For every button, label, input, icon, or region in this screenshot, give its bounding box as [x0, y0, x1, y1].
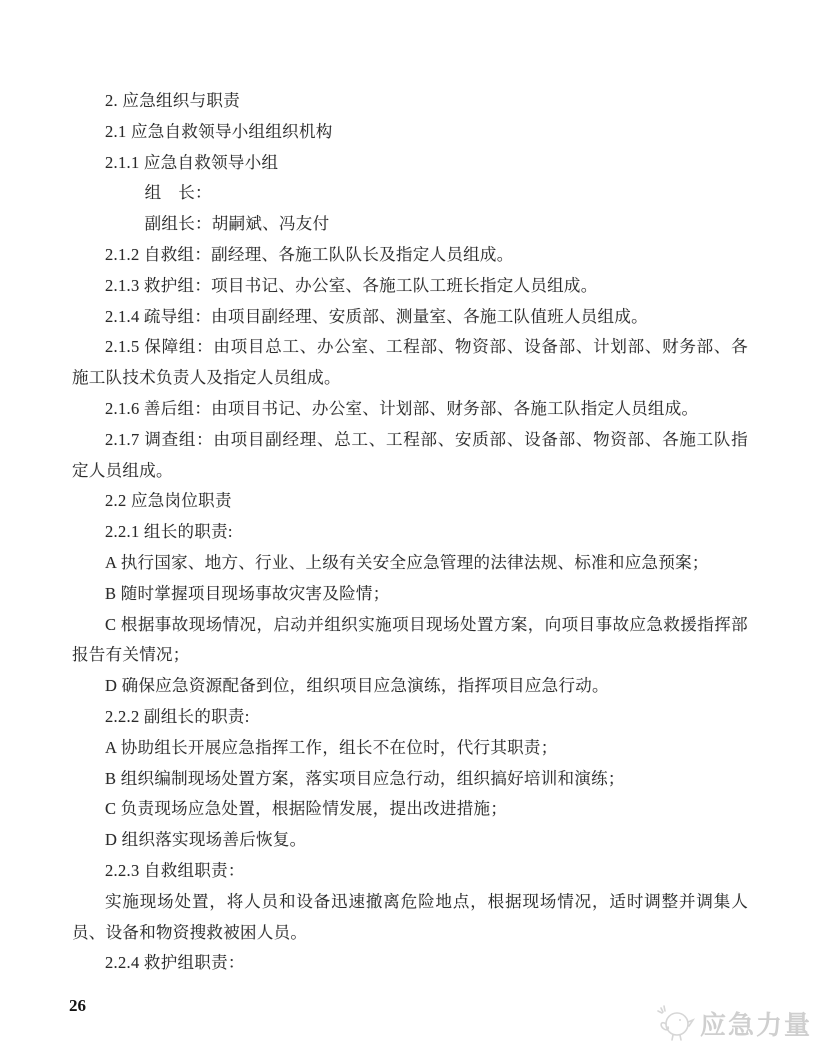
document-paragraph: A 协助组长开展应急指挥工作，组长不在位时，代行其职责； [72, 733, 748, 764]
document-paragraph: 副组长：胡嗣斌、冯友付 [72, 209, 748, 240]
document-paragraph: 2.1.5 保障组：由项目总工、办公室、工程部、物资部、设备部、计划部、财务部、… [72, 332, 748, 394]
watermark: 应急力量 [653, 1002, 812, 1044]
document-paragraph: 2. 应急组织与职责 [72, 86, 748, 117]
document-paragraph: D 组织落实现场善后恢复。 [72, 825, 748, 856]
document-paragraph: B 随时掌握项目现场事故灾害及险情； [72, 579, 748, 610]
watermark-text: 应急力量 [700, 1005, 812, 1042]
document-paragraph: 组 长： [72, 178, 748, 209]
document-paragraph: 2.1.4 疏导组：由项目副经理、安质部、测量室、各施工队值班人员组成。 [72, 302, 748, 333]
document-paragraph: 2.1.1 应急自救领导小组 [72, 148, 748, 179]
document-paragraph: 2.2.1 组长的职责: [72, 517, 748, 548]
page-background: 2. 应急组织与职责2.1 应急自救领导小组组织机构2.1.1 应急自救领导小组… [0, 0, 816, 1056]
document-paragraph: 2.2.3 自救组职责： [72, 856, 748, 887]
document-paragraph: 2.1.3 救护组：项目书记、办公室、各施工队工班长指定人员组成。 [72, 271, 748, 302]
document-paragraph: 2.2.2 副组长的职责: [72, 702, 748, 733]
document-page: { "page": { "number": "26" }, "watermark… [0, 0, 816, 1056]
document-paragraph: A 执行国家、地方、行业、上级有关安全应急管理的法律法规、标准和应急预案； [72, 548, 748, 579]
page-number: 26 [69, 996, 86, 1016]
document-paragraph: B 组织编制现场处置方案，落实项目应急行动，组织搞好培训和演练； [72, 764, 748, 795]
document-paragraph: 2.2 应急岗位职责 [72, 486, 748, 517]
document-paragraph: C 根据事故现场情况，启动并组织实施项目现场处置方案，向项目事故应急救援指挥部报… [72, 610, 748, 672]
document-paragraph: 2.1.7 调查组：由项目副经理、总工、工程部、安质部、设备部、物资部、各施工队… [72, 425, 748, 487]
document-paragraph: C 负责现场应急处置，根据险情发展，提出改进措施； [72, 794, 748, 825]
document-paragraph: 2.2.4 救护组职责： [72, 948, 748, 979]
document-paragraph: 实施现场处置，将人员和设备迅速撤离危险地点，根据现场情况，适时调整并调集人员、设… [72, 887, 748, 949]
bird-logo-icon [653, 1002, 697, 1044]
document-paragraph: 2.1.2 自救组：副经理、各施工队队长及指定人员组成。 [72, 240, 748, 271]
document-paragraph: 2.1.6 善后组：由项目书记、办公室、计划部、财务部、各施工队指定人员组成。 [72, 394, 748, 425]
document-paragraph: 2.1 应急自救领导小组组织机构 [72, 117, 748, 148]
document-paragraph: D 确保应急资源配备到位，组织项目应急演练，指挥项目应急行动。 [72, 671, 748, 702]
document-body: 2. 应急组织与职责2.1 应急自救领导小组组织机构2.1.1 应急自救领导小组… [72, 86, 748, 979]
